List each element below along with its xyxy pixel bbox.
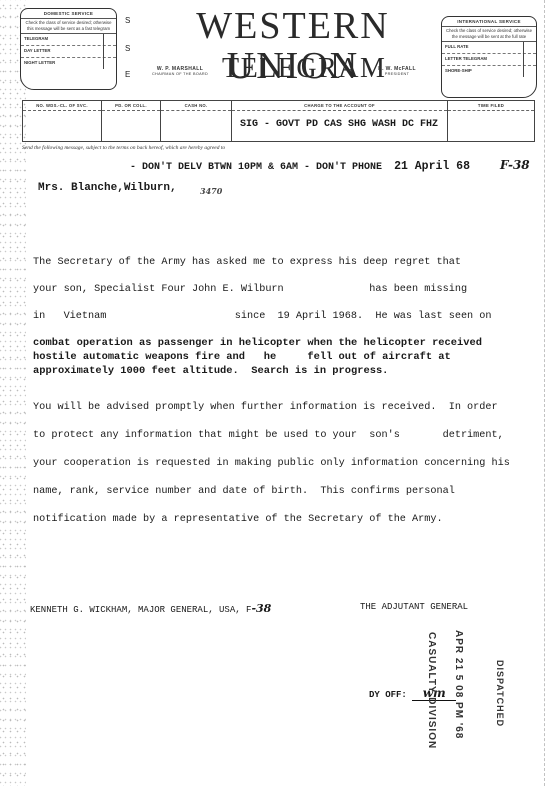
international-service-box: INTERNATIONAL SERVICE Check the class of…	[441, 16, 537, 98]
option-letter-telegram[interactable]: LETTER TELEGRAM	[442, 54, 536, 66]
option-night-letter[interactable]: NIGHT LETTER	[21, 58, 116, 69]
instruction-text: - DON'T DELV BTWN 10PM & 6AM - DON'T PHO…	[130, 162, 382, 173]
col-label-cash-no: CASH NO.	[161, 101, 231, 111]
col-label-words-class: NO. WDS.-CL. OF SVC.	[23, 101, 101, 111]
form-header-table: NO. WDS.-CL. OF SVC. PD. OR COLL. CASH N…	[22, 100, 535, 142]
body-line: hostile automatic weapons fire and he fe…	[33, 351, 451, 363]
addressee-handwritten-note: 3470	[200, 186, 222, 196]
chairman-block: W. P. MARSHALL CHAIRMAN OF THE BOARD	[140, 66, 220, 76]
body-line: to protect any information that might be…	[33, 430, 504, 441]
option-full-rate[interactable]: FULL RATE	[442, 42, 536, 54]
cell-words-class: NO. WDS.-CL. OF SVC.	[23, 101, 102, 142]
body-line: name, rank, service number and date of b…	[33, 486, 455, 497]
domestic-service-description: Check the class of service desired; othe…	[21, 19, 116, 34]
body-line: notification made by a representative of…	[33, 514, 443, 525]
document-type: TELEGRAM	[222, 54, 362, 84]
body-line: combat operation as passenger in helicop…	[33, 337, 482, 349]
signature-file-mark: -38	[251, 602, 271, 615]
body-line: You will be advised promptly when furthe…	[33, 402, 498, 413]
class-letter-s2: S	[125, 44, 130, 53]
international-service-description: Check the class of service desired; othe…	[442, 27, 536, 42]
option-day-letter[interactable]: DAY LETTER	[21, 46, 116, 58]
charge-account-value: SIG - GOVT PD CAS SHG WASH DC FHZ	[232, 111, 447, 130]
cell-cash-no: CASH NO.	[161, 101, 232, 142]
duty-officer: DY OFF: wm	[369, 686, 456, 701]
col-label-charge-account: CHARGE TO THE ACCOUNT OF	[232, 101, 447, 111]
addressee-name: Mrs. Blanche,Wilburn,	[38, 182, 177, 194]
cell-paid-collect: PD. OR COLL.	[102, 101, 161, 142]
stamp-datetime: APR 21 5 08 PM '68	[453, 630, 464, 739]
signature-line: KENNETH G. WICKHAM, MAJOR GENERAL, USA, …	[30, 602, 271, 615]
page-edge-rule	[544, 0, 546, 786]
international-service-title: INTERNATIONAL SERVICE	[442, 17, 536, 27]
telegram-page: DOMESTIC SERVICE Check the class of serv…	[0, 0, 550, 786]
cell-time-filed: TIME FILED	[448, 101, 535, 142]
stamp-division: CASUALTY DIVISION	[426, 632, 437, 749]
body-line: in Vietnam since 19 April 1968. He was l…	[33, 311, 492, 322]
duty-officer-label: DY OFF:	[369, 690, 407, 700]
international-service-options: FULL RATE LETTER TELEGRAM SHORE-SHIP	[442, 42, 536, 77]
body-line: your cooperation is requested in making …	[33, 458, 510, 469]
body-line: The Secretary of the Army has asked me t…	[33, 257, 461, 268]
col-label-paid-collect: PD. OR COLL.	[102, 101, 160, 111]
domestic-service-options: TELEGRAM DAY LETTER NIGHT LETTER	[21, 34, 116, 69]
body-line: approximately 1000 feet altitude. Search…	[33, 365, 388, 377]
domestic-service-box: DOMESTIC SERVICE Check the class of serv…	[20, 8, 117, 90]
domestic-service-title: DOMESTIC SERVICE	[21, 9, 116, 19]
signer-name: KENNETH G. WICKHAM, MAJOR GENERAL, USA, …	[30, 605, 251, 615]
president-title: PRESIDENT	[362, 72, 432, 76]
class-letter-s1: S	[125, 16, 130, 25]
delivery-instructions: - DON'T DELV BTWN 10PM & 6AM - DON'T PHO…	[130, 158, 530, 173]
message-date: 21 April 68	[394, 160, 470, 173]
class-letter-e: E	[125, 70, 130, 79]
col-label-time-filed: TIME FILED	[448, 101, 534, 111]
signer-title: THE ADJUTANT GENERAL	[360, 602, 468, 612]
option-telegram[interactable]: TELEGRAM	[21, 34, 116, 46]
file-mark: F-38	[500, 158, 530, 172]
president-block: R. W. McFALL PRESIDENT	[362, 66, 432, 76]
body-line: your son, Specialist Four John E. Wilbur…	[33, 284, 467, 295]
cell-charge-account: CHARGE TO THE ACCOUNT OF SIG - GOVT PD C…	[232, 101, 448, 142]
terms-note: Send the following message, subject to t…	[22, 145, 225, 151]
option-shore-ship[interactable]: SHORE-SHIP	[442, 66, 536, 77]
stamp-dispatched: DISPATCHED	[495, 660, 505, 727]
chairman-title: CHAIRMAN OF THE BOARD	[140, 72, 220, 76]
